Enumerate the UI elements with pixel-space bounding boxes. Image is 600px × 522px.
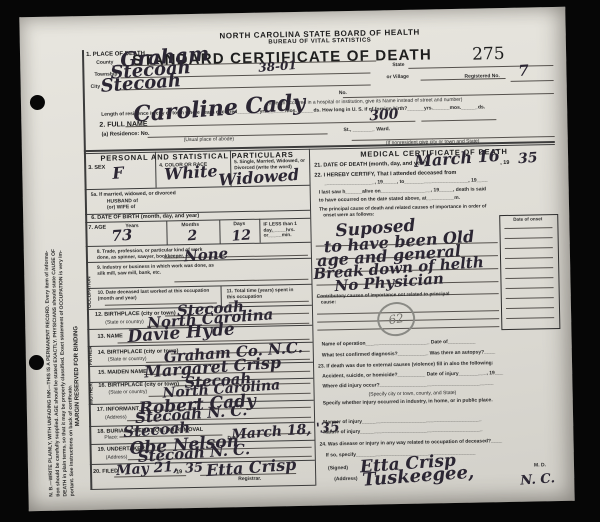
code-300-handwritten: 300 [369, 107, 399, 123]
cell-divider [259, 219, 260, 243]
registered-no-value: 7 [518, 63, 529, 79]
file-code-handwritten: 38-01 [258, 59, 297, 74]
sex-label: 3. SEX [88, 165, 105, 172]
full-name-value: Caroline Cady [133, 91, 306, 125]
accident-label: Accident, suicide, or homicide?_________… [322, 371, 503, 380]
pencil-annotation-circle: 62 [375, 299, 418, 339]
sex-value: F [112, 165, 124, 182]
date-of-death-value: March 16 [414, 148, 501, 170]
wife-of-label: (or) WIFE of [107, 205, 135, 211]
cell-divider [219, 219, 220, 243]
external-causes-label: 23. If death was due to external causes … [318, 361, 493, 370]
undertaker-address-label: (Address) [106, 455, 128, 461]
cell-divider [166, 220, 167, 244]
father-name-label: 13. NAME [97, 333, 122, 340]
occupation-side-label: OCCUPATION [87, 250, 94, 308]
age-years-value: 73 [111, 228, 133, 244]
filed-label: 20. FILED [93, 468, 118, 475]
binder-hole [29, 355, 44, 370]
industry-label: 9. Industry or business in which work wa… [97, 264, 215, 277]
registrar-label: Registrar. [238, 477, 261, 483]
state-label: State [392, 63, 404, 69]
date-of-onset-label: Date of onset [500, 216, 555, 222]
if-less-label: IF LESS than 1 day,_____hrs. or_____min. [263, 222, 308, 239]
date-of-onset-box [499, 214, 560, 330]
street-no-label: No. [339, 91, 347, 97]
mother-side-label: MOTHER [89, 368, 95, 404]
occurred-label: to have occurred on the date stated abov… [319, 196, 460, 204]
age-days-value: 12 [231, 228, 251, 243]
certificate-paper: MARGIN RESERVED FOR BINDING N. B.—WRITE … [19, 7, 574, 511]
burial-place-label: Place: [104, 435, 118, 441]
trade-value: None [183, 246, 228, 264]
age-months-value: 2 [187, 229, 198, 244]
where-injury-label: Where did injury occur?_________________… [322, 381, 493, 390]
contributory-label-2: cause: [321, 300, 336, 306]
color-race-value: White [164, 163, 218, 183]
entry-line [421, 119, 496, 121]
signed-address-value: Tuskeegee, [362, 464, 475, 490]
operation-label: Name of operation_______________________… [322, 340, 476, 349]
related-occupation-label: 24. Was disease or injury in any way rel… [320, 439, 503, 448]
filed-year-prefix: 19 [176, 469, 182, 475]
residence-label: (a) Residence: No. [102, 131, 150, 138]
form-line [85, 185, 310, 190]
father-state-country-label: (State or country) [108, 357, 147, 363]
dod-year-prefix: , 19 [500, 160, 509, 166]
maiden-name-label: 15. MAIDEN NAME [98, 369, 147, 376]
st-ward-label: St., ________ Ward. [343, 127, 390, 134]
form-line [90, 485, 315, 490]
scanned-death-certificate: MARGIN RESERVED FOR BINDING N. B.—WRITE … [0, 0, 600, 522]
father-side-label: FATHER [88, 331, 94, 365]
entry-line [174, 279, 308, 283]
age-label: 7. AGE [88, 225, 106, 232]
contributory-label-1: Contributory causes of importance not re… [317, 292, 450, 300]
filed-year-value: 35 [185, 461, 204, 475]
md-label: M. D. [534, 463, 546, 469]
signed-address-state: N. C. [520, 472, 556, 487]
signed-address-label: (Address) [334, 477, 357, 483]
date-of-death-label: 21. DATE OF DEATH (month, day, and year) [314, 160, 427, 168]
entry-line [408, 65, 553, 69]
certificate-number: 275 [472, 45, 505, 65]
filed-date-value: May 21, [116, 460, 179, 478]
father-name-value: Davie Hyde [127, 321, 235, 346]
registered-no-label: Registered No. [464, 74, 499, 80]
informant-address-label: (Address) [105, 415, 127, 421]
village-label: or Village [386, 75, 409, 81]
informant-label: 17. INFORMANT [97, 406, 139, 413]
manner-of-injury-label: Manner of injury________________________… [323, 417, 482, 426]
test-diagnosis-label: What test confirmed diagnosis?__________… [322, 350, 496, 359]
principal-cause-label-2: onset were as follows: [323, 213, 374, 219]
entry-line [148, 133, 328, 137]
pencil-annotation-value: 62 [388, 311, 405, 327]
dod-year-value: 35 [518, 151, 538, 166]
nature-of-injury-label: Nature of injury________________________… [323, 427, 482, 436]
principal-cause-label-1: The principal cause of death and related… [319, 204, 486, 213]
city-label: City [91, 85, 101, 91]
mother-state-country-label: (State or country) [108, 390, 147, 396]
abode-note: (Usual place of abode) [184, 137, 234, 144]
city-value: Stecoah [100, 72, 182, 96]
signed-label: (Signed) [328, 466, 348, 472]
entry-line [511, 80, 554, 82]
specify-place-label: Specify whether injury occurred in indus… [323, 398, 493, 407]
